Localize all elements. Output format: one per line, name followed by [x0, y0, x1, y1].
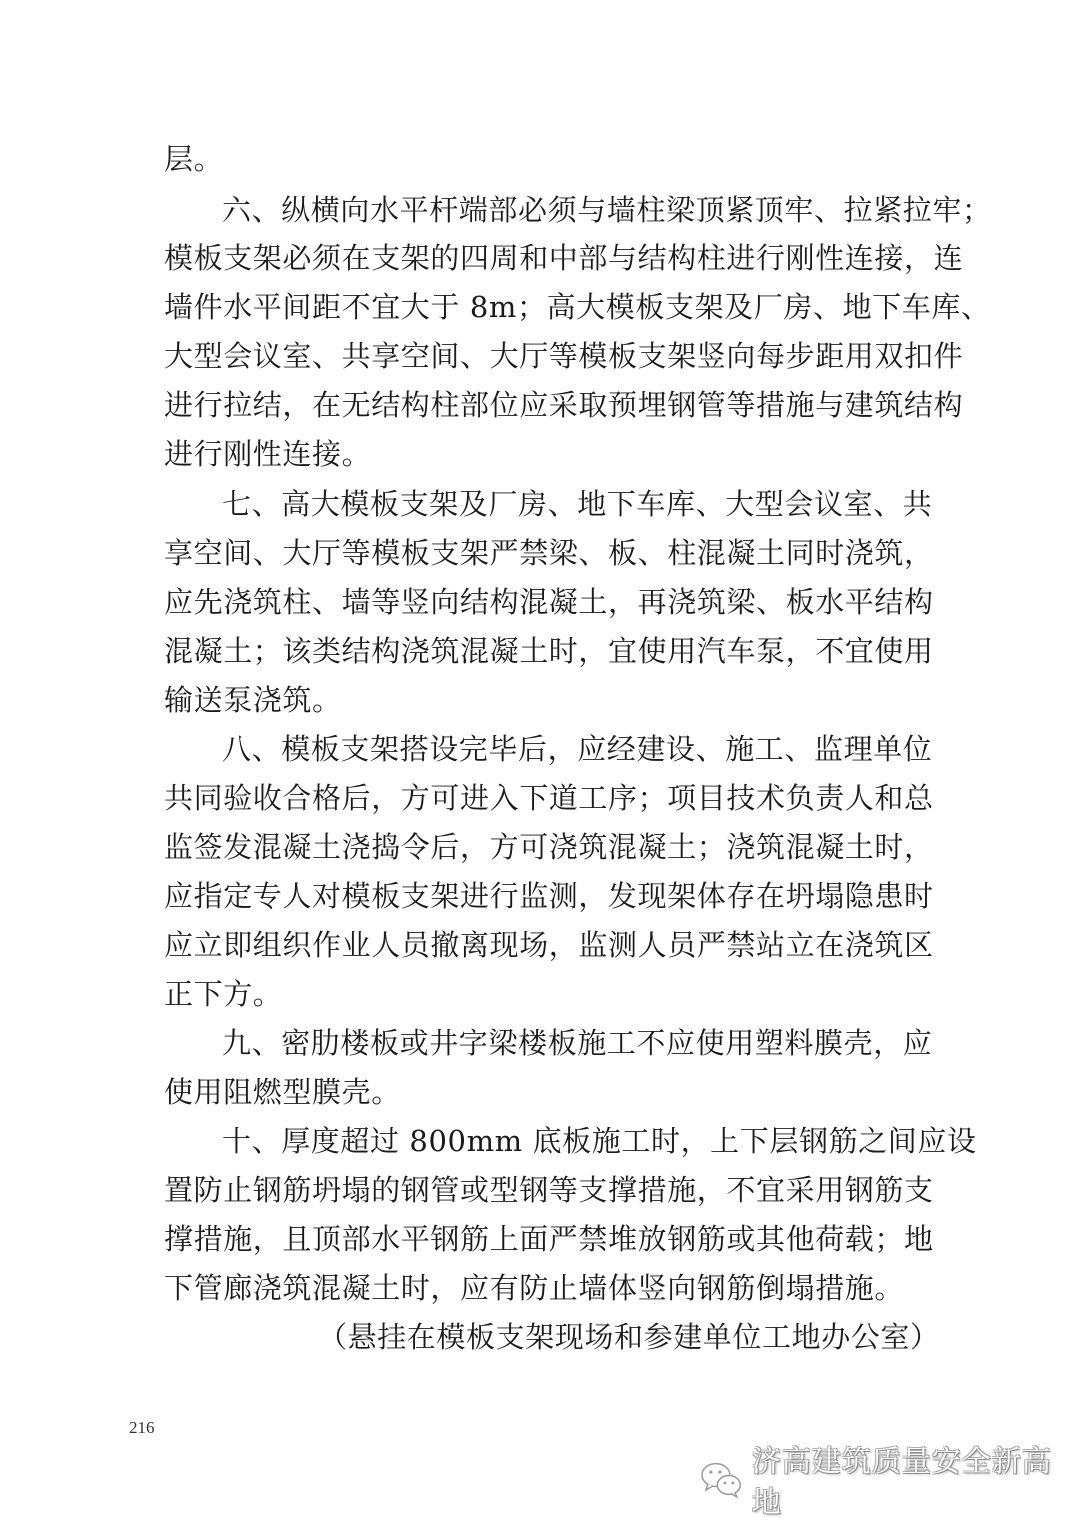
paragraph-first-line: 六、纵横向水平杆端部必须与墙柱梁顶紧顶牢、拉紧拉牢； — [222, 190, 922, 230]
paragraph-line: 模板支架必须在支架的四周和中部与结构柱进行刚性连接，连 — [164, 238, 924, 278]
caption-note: （悬挂在模板支架现场和参建单位工地办公室） — [318, 1317, 918, 1357]
paragraph-line: 应立即组织作业人员撤离现场，监测人员严禁站立在浇筑区 — [164, 925, 924, 965]
paragraph-line: 应先浇筑柱、墙等竖向结构混凝土，再浇筑梁、板水平结构 — [164, 582, 924, 622]
paragraph-first-line: 九、密肋楼板或井字梁楼板施工不应使用塑料膜壳，应 — [222, 1023, 922, 1063]
paragraph-first-line: 七、高大模板支架及厂房、地下车库、大型会议室、共 — [222, 484, 922, 524]
paragraph-line: 混凝土；该类结构浇筑混凝土时，宜使用汽车泵，不宜使用 — [164, 631, 924, 671]
wechat-icon — [700, 1460, 744, 1500]
paragraph-line: 层。 — [164, 139, 924, 179]
watermark-text: 济高建筑质量安全新高地 — [752, 1439, 1080, 1521]
watermark: 济高建筑质量安全新高地 — [700, 1458, 1080, 1502]
paragraph-line: 应指定专人对模板支架进行监测，发现架体存在坍塌隐患时 — [164, 876, 924, 916]
page-number: 216 — [129, 1418, 155, 1438]
paragraph-line: 享空间、大厅等模板支架严禁梁、板、柱混凝土同时浇筑， — [164, 533, 924, 573]
paragraph-line: 墙件水平间距不宜大于 8m；高大模板支架及厂房、地下车库、 — [164, 287, 924, 327]
paragraph-line: 进行刚性连接。 — [164, 434, 924, 474]
paragraph-first-line: 八、模板支架搭设完毕后，应经建设、施工、监理单位 — [222, 729, 922, 769]
paragraph-first-line: 十、厚度超过 800mm 底板施工时，上下层钢筋之间应设 — [222, 1121, 922, 1161]
paragraph-line: 正下方。 — [164, 974, 924, 1014]
paragraph-line: 置防止钢筋坍塌的钢管或型钢等支撑措施，不宜采用钢筋支 — [164, 1170, 924, 1210]
paragraph-line: 监签发混凝土浇捣令后，方可浇筑混凝土；浇筑混凝土时， — [164, 827, 924, 867]
document-page: 层。六、纵横向水平杆端部必须与墙柱梁顶紧顶牢、拉紧拉牢；模板支架必须在支架的四周… — [0, 0, 1080, 1527]
paragraph-line: 进行拉结，在无结构柱部位应采取预埋钢管等措施与建筑结构 — [164, 385, 924, 425]
paragraph-line: 使用阻燃型膜壳。 — [164, 1072, 924, 1112]
paragraph-line: 下管廊浇筑混凝土时，应有防止墙体竖向钢筋倒塌措施。 — [164, 1268, 924, 1308]
paragraph-line: 撑措施，且顶部水平钢筋上面严禁堆放钢筋或其他荷载；地 — [164, 1219, 924, 1259]
paragraph-line: 共同验收合格后，方可进入下道工序；项目技术负责人和总 — [164, 778, 924, 818]
paragraph-line: 大型会议室、共享空间、大厅等模板支架竖向每步距用双扣件 — [164, 336, 924, 376]
paragraph-line: 输送泵浇筑。 — [164, 680, 924, 720]
